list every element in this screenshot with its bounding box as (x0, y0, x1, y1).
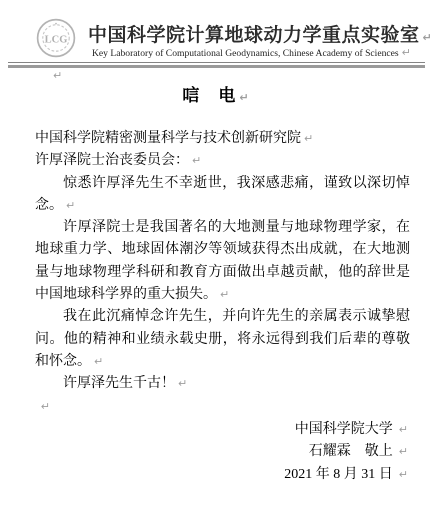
signature-org-text: 中国科学院大学 (295, 422, 393, 437)
pilcrow-mark: ↵ (423, 31, 432, 44)
paragraph-text: 中国科学院精密测量科学与技术创新研究院 (35, 131, 301, 146)
pilcrow-mark: ↵ (53, 69, 62, 82)
org-name-english: Key Laboratory of Computational Geodynam… (92, 46, 428, 59)
signature-date: 2021 年 8 月 31 日↵ (0, 464, 408, 487)
signature-organization: 中国科学院大学↵ (0, 419, 408, 442)
pilcrow-mark: ↵ (220, 288, 229, 301)
org-name-chinese-text: 中国科学院计算地球动力学重点实验室 (88, 25, 420, 46)
pilcrow-mark: ↵ (41, 400, 50, 413)
org-name-chinese: 中国科学院计算地球动力学重点实验室↵ (88, 20, 428, 47)
signature-name: 石耀霖 敬上↵ (0, 441, 408, 464)
paragraph-text: 许厚泽院士治丧委员会： (35, 153, 189, 168)
empty-paragraph: ↵ (35, 396, 410, 418)
letter-body: 中国科学院精密测量科学与技术创新研究院↵ 许厚泽院士治丧委员会：↵ 惊悉许厚泽先… (0, 128, 432, 418)
pilcrow-mark: ↵ (304, 132, 313, 145)
logo-text: LCG (45, 35, 68, 46)
pilcrow-mark: ↵ (94, 355, 103, 368)
paragraph-text: 惊悉许厚泽先生不幸逝世，我深感悲痛，谨致以深切悼念。 (35, 176, 410, 213)
empty-paragraph: ↵ (0, 67, 432, 83)
pilcrow-mark: ↵ (239, 91, 249, 104)
pilcrow-mark: ↵ (178, 377, 187, 390)
pilcrow-mark: ↵ (402, 46, 411, 59)
pilcrow-mark: ↵ (399, 468, 408, 481)
paragraph-text: 我在此沉痛悼念许先生，并向许先生的亲属表示诚挚慰问。他的精神和业绩永载史册，将永… (35, 309, 410, 369)
paragraph-condolence-opening: 惊悉许厚泽先生不幸逝世，我深感悲痛，谨致以深切悼念。↵ (35, 173, 410, 218)
paragraph-text: 许厚泽先生千古！ (63, 376, 175, 391)
pilcrow-mark: ↵ (399, 445, 408, 458)
org-logo-seal-icon: LCG (36, 18, 76, 58)
signature-block: 中国科学院大学↵ 石耀霖 敬上↵ 2021 年 8 月 31 日↵ (0, 419, 432, 487)
org-name-english-text: Key Laboratory of Computational Geodynam… (92, 48, 399, 59)
paragraph-recipient-institute: 中国科学院精密测量科学与技术创新研究院↵ (35, 128, 410, 150)
letterhead: LCG 中国科学院计算地球动力学重点实验室↵ Key Laboratory of… (0, 0, 432, 62)
document-page: LCG 中国科学院计算地球动力学重点实验室↵ Key Laboratory of… (0, 0, 432, 508)
signature-name-text: 石耀霖 敬上 (309, 444, 393, 459)
paragraph-sympathy: 我在此沉痛悼念许先生，并向许先生的亲属表示诚挚慰问。他的精神和业绩永载史册，将永… (35, 306, 410, 373)
pilcrow-mark: ↵ (192, 154, 201, 167)
paragraph-recipient-committee: 许厚泽院士治丧委员会：↵ (35, 150, 410, 172)
document-title-text: 唁 电 (182, 86, 236, 105)
pilcrow-mark: ↵ (66, 199, 75, 212)
letterhead-divider-rule (8, 62, 425, 68)
paragraph-farewell: 许厚泽先生千古！↵ (35, 373, 410, 395)
paragraph-achievements: 许厚泽院士是我国著名的大地测量与地球物理学家，在地球重力学、地球固体潮汐等领域获… (35, 217, 410, 306)
signature-date-text: 2021 年 8 月 31 日 (284, 467, 393, 482)
pilcrow-mark: ↵ (399, 423, 408, 436)
document-title: 唁 电↵ (0, 83, 432, 111)
